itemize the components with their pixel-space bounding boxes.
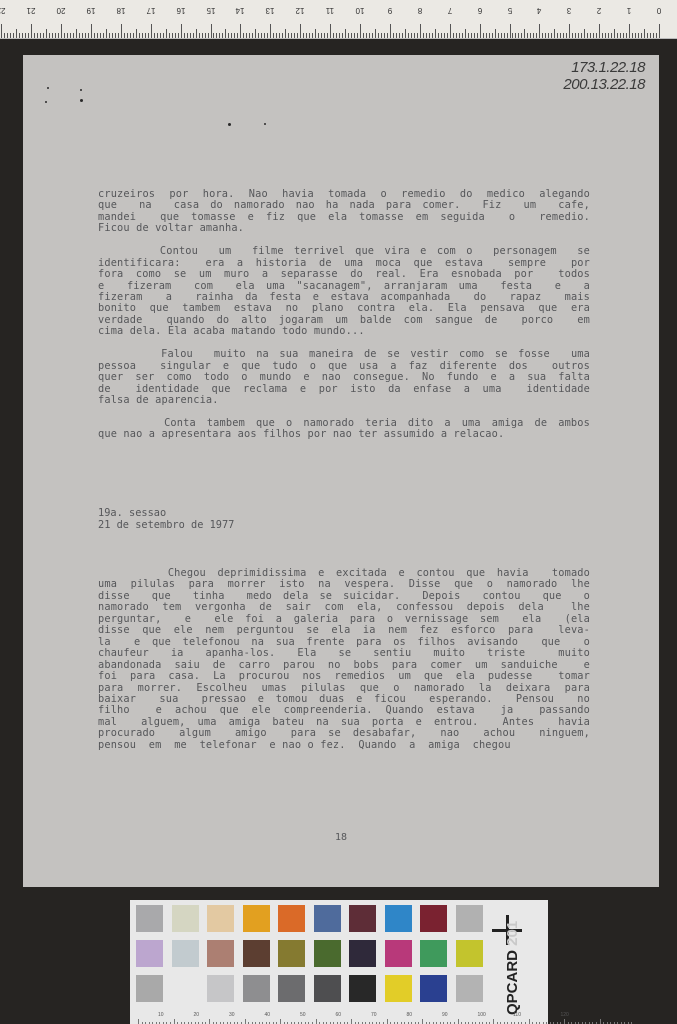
text-line: cima dela. Ela acaba matando todo mundo.… — [98, 326, 590, 337]
scale-tick — [600, 1019, 601, 1024]
ruler-label: 15 — [204, 6, 218, 15]
ruler-tick — [300, 24, 301, 38]
scale-tick — [458, 1019, 459, 1024]
ruler-label: 9 — [383, 6, 397, 15]
paragraph: Falou muito na sua maneira de se vestir … — [98, 349, 590, 406]
ruler-tick — [145, 33, 146, 38]
ruler-tick — [390, 24, 391, 38]
color-swatch — [420, 975, 447, 1002]
ruler-tick — [339, 33, 340, 38]
paragraph: Conta tambem que o namorado teria dito a… — [98, 418, 590, 441]
scale-tick — [529, 1019, 530, 1024]
ruler-tick — [539, 24, 540, 38]
ruler-tick — [205, 33, 206, 38]
ruler-label: 17 — [144, 6, 158, 15]
ruler-tick — [536, 33, 537, 38]
color-swatch — [172, 940, 199, 967]
scale-tick — [174, 1019, 175, 1024]
scale-tick — [316, 1019, 317, 1024]
ruler-tick — [474, 33, 475, 38]
ruler-tick — [459, 33, 460, 38]
ruler-label: 22 — [0, 6, 8, 15]
ruler-tick — [7, 33, 8, 38]
color-swatch — [349, 940, 376, 967]
scale-label: 50 — [300, 1012, 306, 1018]
text-line: disse que ele nem perguntou se ela ia ne… — [98, 625, 590, 636]
scale-tick — [351, 1019, 352, 1024]
ruler-tick — [524, 29, 525, 38]
scale-label: 20 — [194, 1012, 200, 1018]
card-scale: 102030405060708090100110120 — [130, 1014, 548, 1024]
ruler-tick — [315, 29, 316, 38]
scale-label: 10 — [158, 1012, 164, 1018]
paragraph: cruzeiros por hora. Nao havia tomada o r… — [98, 189, 590, 235]
color-swatch — [243, 905, 270, 932]
color-swatch — [172, 975, 199, 1002]
ruler-tick — [330, 24, 331, 38]
ruler-tick — [647, 33, 648, 38]
ruler-tick — [318, 33, 319, 38]
ruler-tick — [444, 33, 445, 38]
ruler-tick — [228, 33, 229, 38]
ruler-label: 21 — [24, 6, 38, 15]
ruler-tick — [659, 24, 660, 38]
color-swatch — [172, 905, 199, 932]
ruler-tick — [124, 33, 125, 38]
ruler-tick — [566, 33, 567, 38]
ruler-tick — [638, 33, 639, 38]
ruler-tick — [620, 33, 621, 38]
ruler-tick — [623, 33, 624, 38]
scale-label: 40 — [265, 1012, 271, 1018]
ruler-tick — [363, 33, 364, 38]
ruler-tick — [599, 24, 600, 38]
ruler-tick — [399, 33, 400, 38]
text-line: que nao a apresentara aos filhos por nao… — [98, 429, 590, 440]
ruler-tick — [348, 33, 349, 38]
ruler-tick — [31, 24, 32, 38]
session-heading: 19a. sessao 21 de setembro de 1977 — [98, 508, 234, 531]
scale-label: 30 — [229, 1012, 235, 1018]
color-swatch — [385, 940, 412, 967]
body-text-bottom: Chegou deprimidissima e excitada e conto… — [98, 568, 590, 763]
color-swatch — [456, 940, 483, 967]
ruler-tick — [641, 33, 642, 38]
ruler-tick — [366, 33, 367, 38]
ruler-tick — [542, 33, 543, 38]
ruler-tick — [294, 33, 295, 38]
ruler-tick — [584, 29, 585, 38]
ruler-tick — [578, 33, 579, 38]
ruler-tick — [255, 29, 256, 38]
ruler-label: 12 — [293, 6, 307, 15]
ruler-tick — [569, 24, 570, 38]
ruler-tick — [115, 33, 116, 38]
ruler-tick — [187, 33, 188, 38]
ruler-tick — [208, 33, 209, 38]
ruler-label: 3 — [562, 6, 576, 15]
ruler-tick — [432, 33, 433, 38]
ruler-tick — [82, 33, 83, 38]
ruler-tick — [632, 33, 633, 38]
ruler-tick — [581, 33, 582, 38]
ruler-tick — [19, 33, 20, 38]
ruler-tick — [309, 33, 310, 38]
ruler-tick — [605, 33, 606, 38]
session-title: 19a. sessao — [98, 508, 234, 520]
ruler-tick — [480, 24, 481, 38]
ruler-tick — [142, 33, 143, 38]
speck — [45, 101, 47, 103]
ruler-tick — [438, 33, 439, 38]
ruler-tick — [211, 24, 212, 38]
ruler-tick — [450, 24, 451, 38]
ruler-tick — [465, 29, 466, 38]
ruler-tick — [557, 33, 558, 38]
ruler-tick — [593, 33, 594, 38]
ruler-tick — [169, 33, 170, 38]
measurement-ruler: 012345678910111213141516171819202122 — [0, 0, 677, 39]
ruler-label: 18 — [114, 6, 128, 15]
ruler-label: 16 — [174, 6, 188, 15]
ruler-tick — [288, 33, 289, 38]
scale-label: 60 — [336, 1012, 342, 1018]
color-swatch — [243, 975, 270, 1002]
ruler-tick — [76, 29, 77, 38]
color-swatch — [243, 940, 270, 967]
ruler-label: 14 — [233, 6, 247, 15]
speck — [47, 87, 49, 89]
scale-label: 100 — [478, 1012, 486, 1018]
ruler-tick — [420, 24, 421, 38]
ruler-tick — [560, 33, 561, 38]
ruler-tick — [49, 33, 50, 38]
ruler-tick — [291, 33, 292, 38]
ruler-tick — [521, 33, 522, 38]
ruler-tick — [626, 33, 627, 38]
text-line: Ficou de voltar amanha. — [98, 223, 590, 234]
speck — [80, 89, 82, 91]
ruler-tick — [25, 33, 26, 38]
ruler-tick — [231, 33, 232, 38]
ruler-label: 4 — [532, 6, 546, 15]
ruler-tick — [264, 33, 265, 38]
ruler-tick — [426, 33, 427, 38]
ruler-tick — [28, 33, 29, 38]
ruler-tick — [507, 33, 508, 38]
color-swatch — [456, 975, 483, 1002]
ruler-tick — [273, 33, 274, 38]
ruler-tick — [321, 33, 322, 38]
ruler-tick — [471, 33, 472, 38]
ruler-tick — [587, 33, 588, 38]
ruler-tick — [518, 33, 519, 38]
ruler-tick — [456, 33, 457, 38]
ruler-tick — [324, 33, 325, 38]
ruler-tick — [127, 33, 128, 38]
ruler-tick — [16, 29, 17, 38]
ruler-tick — [447, 33, 448, 38]
ruler-tick — [249, 33, 250, 38]
ruler-tick — [483, 33, 484, 38]
color-swatch — [456, 905, 483, 932]
ruler-tick — [97, 33, 98, 38]
ruler-tick — [342, 33, 343, 38]
ruler-label: 5 — [503, 6, 517, 15]
color-swatch — [349, 975, 376, 1002]
ruler-tick — [166, 29, 167, 38]
ruler-tick — [351, 33, 352, 38]
color-swatch — [136, 905, 163, 932]
ruler-label: 2 — [592, 6, 606, 15]
color-swatch — [278, 975, 305, 1002]
ruler-tick — [202, 33, 203, 38]
page-number: 18 — [23, 832, 659, 843]
speck — [264, 123, 266, 125]
text-line: Falou muito na sua maneira de se vestir … — [98, 349, 590, 360]
ruler-tick — [151, 24, 152, 38]
ruler-tick — [172, 33, 173, 38]
ruler-tick — [498, 33, 499, 38]
ruler-tick — [495, 29, 496, 38]
ruler-tick — [276, 33, 277, 38]
body-text-top: cruzeiros por hora. Nao havia tomada o r… — [98, 189, 590, 452]
ruler-tick — [572, 33, 573, 38]
ruler-tick — [225, 29, 226, 38]
ruler-tick — [405, 29, 406, 38]
color-swatch — [420, 905, 447, 932]
ruler-tick — [548, 33, 549, 38]
ruler-tick — [178, 33, 179, 38]
ruler-tick — [527, 33, 528, 38]
ruler-tick — [184, 33, 185, 38]
ruler-tick — [530, 33, 531, 38]
archive-code-line-1: 173.1.22.18 — [563, 59, 645, 76]
ruler-tick — [327, 33, 328, 38]
ruler-tick — [133, 33, 134, 38]
ruler-tick — [492, 33, 493, 38]
ruler-tick — [73, 33, 74, 38]
ruler-tick — [1, 24, 2, 38]
ruler-tick — [148, 33, 149, 38]
document-page: 173.1.22.18 200.13.22.18 cruzeiros por h… — [23, 55, 659, 887]
ruler-tick — [213, 33, 214, 38]
ruler-tick — [154, 33, 155, 38]
ruler-tick — [37, 33, 38, 38]
ruler-tick — [477, 33, 478, 38]
ruler-tick — [414, 33, 415, 38]
ruler-tick — [193, 33, 194, 38]
ruler-tick — [575, 33, 576, 38]
ruler-tick — [393, 33, 394, 38]
ruler-tick — [46, 29, 47, 38]
ruler-tick — [354, 33, 355, 38]
ruler-tick — [462, 33, 463, 38]
ruler-label: 20 — [54, 6, 68, 15]
scale-tick — [280, 1019, 281, 1024]
scale-tick — [245, 1019, 246, 1024]
ruler-tick — [617, 33, 618, 38]
ruler-tick — [109, 33, 110, 38]
session-date: 21 de setembro de 1977 — [98, 520, 234, 532]
ruler-tick — [67, 33, 68, 38]
ruler-tick — [175, 33, 176, 38]
ruler-tick — [375, 29, 376, 38]
ruler-tick — [234, 33, 235, 38]
ruler-tick — [501, 33, 502, 38]
scale-label: 70 — [371, 1012, 377, 1018]
ruler-tick — [551, 33, 552, 38]
ruler-tick — [252, 33, 253, 38]
qpcard-brand: QPCARD — [504, 950, 521, 1015]
ruler-tick — [112, 33, 113, 38]
ruler-tick — [261, 33, 262, 38]
scale-label: 120 — [561, 1012, 569, 1018]
ruler-tick — [489, 33, 490, 38]
ruler-tick — [219, 33, 220, 38]
ruler-tick — [563, 33, 564, 38]
ruler-tick — [614, 29, 615, 38]
ruler-tick — [596, 33, 597, 38]
ruler-tick — [237, 33, 238, 38]
color-swatch — [385, 905, 412, 932]
ruler-label: 0 — [652, 6, 666, 15]
ruler-tick — [100, 33, 101, 38]
ruler-label: 1 — [622, 6, 636, 15]
color-swatch — [314, 905, 341, 932]
color-swatch — [349, 905, 376, 932]
ruler-tick — [312, 33, 313, 38]
text-line: chaufeur ia apanha-los. Ela se sentiu mu… — [98, 648, 590, 659]
ruler-tick — [91, 24, 92, 38]
ruler-tick — [181, 24, 182, 38]
text-line: falsa de aparencia. — [98, 395, 590, 406]
ruler-tick — [190, 33, 191, 38]
ruler-tick — [408, 33, 409, 38]
ruler-tick — [130, 33, 131, 38]
ruler-tick — [79, 33, 80, 38]
ruler-tick — [85, 33, 86, 38]
ruler-tick — [411, 33, 412, 38]
ruler-tick — [590, 33, 591, 38]
ruler-label: 7 — [443, 6, 457, 15]
scale-tick — [138, 1019, 139, 1024]
color-swatch — [385, 975, 412, 1002]
color-swatch — [420, 940, 447, 967]
ruler-tick — [43, 33, 44, 38]
ruler-tick — [139, 33, 140, 38]
ruler-tick — [10, 33, 11, 38]
ruler-tick — [423, 33, 424, 38]
color-swatch — [207, 940, 234, 967]
ruler-tick — [644, 29, 645, 38]
ruler-tick — [635, 33, 636, 38]
color-swatch — [314, 940, 341, 967]
ruler-tick — [157, 33, 158, 38]
ruler-tick — [55, 33, 56, 38]
ruler-tick — [360, 24, 361, 38]
ruler-tick — [369, 33, 370, 38]
scale-label: 110 — [513, 1012, 521, 1018]
ruler-tick — [267, 33, 268, 38]
ruler-tick — [70, 33, 71, 38]
ruler-tick — [199, 33, 200, 38]
ruler-tick — [429, 33, 430, 38]
ruler-tick — [336, 33, 337, 38]
ruler-tick — [384, 33, 385, 38]
scale-label: 90 — [442, 1012, 448, 1018]
ruler-tick — [118, 33, 119, 38]
ruler-tick — [303, 33, 304, 38]
ruler-tick — [545, 33, 546, 38]
color-swatch — [207, 975, 234, 1002]
qpcard-version: 201 — [504, 921, 521, 946]
ruler-tick — [486, 33, 487, 38]
ruler-tick — [52, 33, 53, 38]
paragraph: Contou um filme terrivel que vira e com … — [98, 246, 590, 338]
ruler-tick — [387, 33, 388, 38]
ruler-tick — [61, 24, 62, 38]
archive-code: 173.1.22.18 200.13.22.18 — [563, 59, 645, 93]
speck — [228, 123, 231, 126]
ruler-tick — [468, 33, 469, 38]
ruler-tick — [602, 33, 603, 38]
ruler-tick — [216, 33, 217, 38]
scale-tick — [209, 1019, 210, 1024]
color-swatch — [136, 940, 163, 967]
ruler-tick — [402, 33, 403, 38]
ruler-tick — [441, 33, 442, 38]
ruler-tick — [306, 33, 307, 38]
ruler-tick — [64, 33, 65, 38]
qpcard-logo: QPCARD 201 — [504, 935, 524, 1015]
ruler-tick — [106, 29, 107, 38]
ruler-tick — [243, 33, 244, 38]
ruler-tick — [282, 33, 283, 38]
ruler-tick — [435, 29, 436, 38]
ruler-tick — [554, 29, 555, 38]
color-swatch — [207, 905, 234, 932]
ruler-tick — [504, 33, 505, 38]
ruler-tick — [381, 33, 382, 38]
ruler-tick — [650, 33, 651, 38]
scale-tick — [493, 1019, 494, 1024]
color-swatch — [136, 975, 163, 1002]
ruler-tick — [297, 33, 298, 38]
ruler-tick — [4, 33, 5, 38]
ruler-tick — [533, 33, 534, 38]
text-line: Contou um filme terrivel que vira e com … — [98, 246, 590, 257]
ruler-tick — [196, 29, 197, 38]
paragraph: Chegou deprimidissima e excitada e conto… — [98, 568, 590, 751]
ruler-tick — [94, 33, 95, 38]
text-line: quer ser como todo o mundo e nao consegu… — [98, 372, 590, 383]
ruler-tick — [515, 33, 516, 38]
scale-label: 80 — [407, 1012, 413, 1018]
ruler-tick — [417, 33, 418, 38]
ruler-tick — [372, 33, 373, 38]
scale-tick — [422, 1019, 423, 1024]
ruler-tick — [240, 24, 241, 38]
ruler-tick — [103, 33, 104, 38]
ruler-label: 8 — [413, 6, 427, 15]
ruler-tick — [357, 33, 358, 38]
ruler-tick — [333, 33, 334, 38]
ruler-tick — [13, 33, 14, 38]
ruler-label: 13 — [263, 6, 277, 15]
ruler-tick — [512, 33, 513, 38]
ruler-tick — [121, 24, 122, 38]
